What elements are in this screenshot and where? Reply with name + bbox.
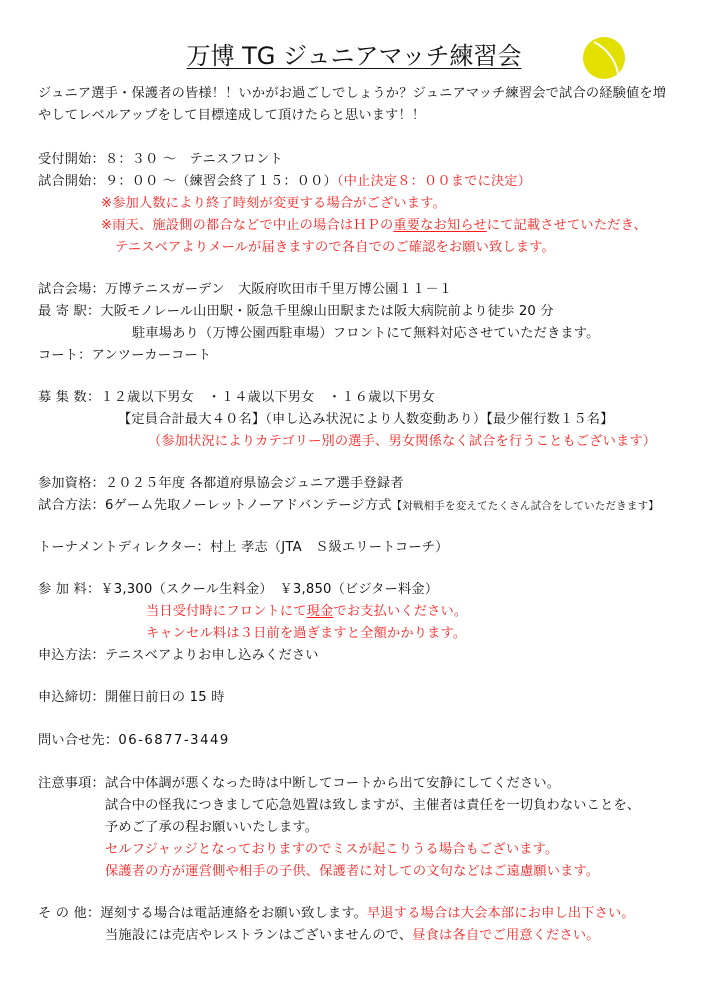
venue-row: 試合会場：万博テニスガーデン 大阪府吹田市千里万博公園１１－１ xyxy=(38,280,452,300)
deadline-value: 開催日前日の 15 時 xyxy=(105,690,225,705)
cash-payment-note: 当日受付時にフロントにて現金でお支払いください。 xyxy=(146,602,467,622)
reception-label: 受付開始： xyxy=(38,152,105,167)
intro-line-2: やしてレベルアップをして目標達成して頂けたらと思います！！ xyxy=(38,106,425,126)
parking-note: 駐車場あり（万博公園西駐車場）フロントにて無料対応させていただきます。 xyxy=(132,324,600,344)
other-line-2: 当施設には売店やレストランはございませんので、昼食は各自でご用意ください。 xyxy=(105,926,600,946)
apply-method-value: テニスベアよりお申し込みください xyxy=(105,648,319,663)
deadline-label: 申込締切： xyxy=(38,690,105,705)
director-value: 村上 孝志（JTA Ｓ級エリートコーチ） xyxy=(210,540,449,555)
recruit-value: １２歳以下男女 ・１４歳以下男女 ・１６歳以下男女 xyxy=(100,390,435,405)
eligibility-label: 参加資格： xyxy=(38,476,105,491)
court-label: コート： xyxy=(38,348,92,363)
caution-line-5: 保護者の方が運営側や相手の子供、保護者に対しての文句などはご遠慮願います。 xyxy=(105,862,599,882)
other-label: そ の 他： xyxy=(38,906,100,921)
court-value: アンツーカーコート xyxy=(92,348,212,363)
cautions-row: 注意事項：試合中体調が悪くなった時は中断してコートから出て安静にしてください。 xyxy=(38,774,560,794)
recruit-label: 募 集 数： xyxy=(38,390,100,405)
caution-line-3: 予めご了承の程お願いいたします。 xyxy=(105,818,318,838)
format-row: 試合方法：6ゲーム先取ノーレットノーアドバンテージ方式【対戦相手を変えてたくさん… xyxy=(38,496,659,516)
format-value: 6ゲーム先取ノーレットノーアドバンテージ方式 xyxy=(105,498,392,513)
email-note: テニスベアよりメールが届きますので各自でのご確認をお願い致します。 xyxy=(115,238,555,258)
venue-label: 試合会場： xyxy=(38,282,105,297)
apply-method-label: 申込方法： xyxy=(38,648,105,663)
contact-label: 問い合せ先： xyxy=(38,733,118,748)
director-label: トーナメントディレクター： xyxy=(38,540,210,555)
director-row: トーナメントディレクター：村上 孝志（JTA Ｓ級エリートコーチ） xyxy=(38,538,449,558)
cautions-label: 注意事項： xyxy=(38,776,105,791)
reception-value: ８：３０ ～ テニスフロント xyxy=(105,152,283,167)
category-note: （参加状況によりカテゴリー別の選手、男女関係なく試合を行うこともございます） xyxy=(148,432,656,452)
capacity-note: 【定員合計最大４０名】（申し込み状況により人数変動あり）【最少催行数１５名】 xyxy=(118,410,614,430)
caution-line-4: セルフジャッジとなっておりますのでミスが起こりうる場合もございます。 xyxy=(105,840,558,860)
station-row: 最 寄 駅：大阪モノレール山田駅・阪急千里線山田駅または阪大病院前より徒歩 20… xyxy=(38,302,554,322)
match-start-label: 試合開始： xyxy=(38,174,105,189)
eligibility-row: 参加資格：２０２５年度 各都道府県協会ジュニア選手登録者 xyxy=(38,474,404,494)
match-start-row: 試合開始：９：００ ～（練習会終了１５：００）（中止決定８：００までに決定） xyxy=(38,172,531,192)
venue-value: 万博テニスガーデン 大阪府吹田市千里万博公園１１－１ xyxy=(105,282,452,297)
format-label: 試合方法： xyxy=(38,498,105,513)
tennis-ball-icon xyxy=(582,36,626,80)
important-notice-link[interactable]: 重要なお知らせ xyxy=(393,218,486,233)
rain-cancel-note: ※雨天、施設側の都合などで中止の場合はＨＰの重要なお知らせにて記載させていただき… xyxy=(101,216,647,236)
cancellation-fee-note: キャンセル料は３日前を過ぎますと全額かかります。 xyxy=(146,624,466,644)
other-row: そ の 他：遅刻する場合は電話連絡をお願い致します。早退する場合は大会本部にお申… xyxy=(38,904,635,924)
recruit-row: 募 集 数：１２歳以下男女 ・１４歳以下男女 ・１６歳以下男女 xyxy=(38,388,435,408)
match-start-value: ９：００ ～（練習会終了１５：００） xyxy=(105,174,337,189)
fee-label: 参 加 料： xyxy=(38,582,100,597)
contact-phone: 06-6877-3449 xyxy=(118,733,229,748)
station-value: 大阪モノレール山田駅・阪急千里線山田駅または阪大病院前より徒歩 20 分 xyxy=(100,304,553,319)
apply-method-row: 申込方法：テニスベアよりお申し込みください xyxy=(38,646,319,666)
end-time-note: ※参加人数により終了時刻が変更する場合がございます。 xyxy=(101,194,446,214)
station-label: 最 寄 駅： xyxy=(38,304,100,319)
contact-row: 問い合せ先：06-6877-3449 xyxy=(38,731,230,751)
reception-row: 受付開始：８：３０ ～ テニスフロント xyxy=(38,150,283,170)
intro-line-1: ジュニア選手・保護者の皆様！！いかがお過ごしでしょうか？ジュニアマッチ練習会で試… xyxy=(38,84,666,104)
cancel-decision-note: （中止決定８：００までに決定） xyxy=(337,174,531,189)
court-row: コート：アンツーカーコート xyxy=(38,346,211,366)
deadline-row: 申込締切：開催日前日の 15 時 xyxy=(38,688,225,708)
eligibility-value: ２０２５年度 各都道府県協会ジュニア選手登録者 xyxy=(105,476,404,491)
caution-line-2: 試合中の怪我につきまして応急処置は致しますが、主催者は責任を一切負わないことを、 xyxy=(105,796,640,816)
fee-row: 参 加 料：￥3,300（スクール生料金） ￥3,850（ビジター料金） xyxy=(38,580,438,600)
fee-value: ￥3,300（スクール生料金） ￥3,850（ビジター料金） xyxy=(100,582,438,597)
format-note: 【対戦相手を変えてたくさん試合をしていただきます】 xyxy=(392,500,660,512)
